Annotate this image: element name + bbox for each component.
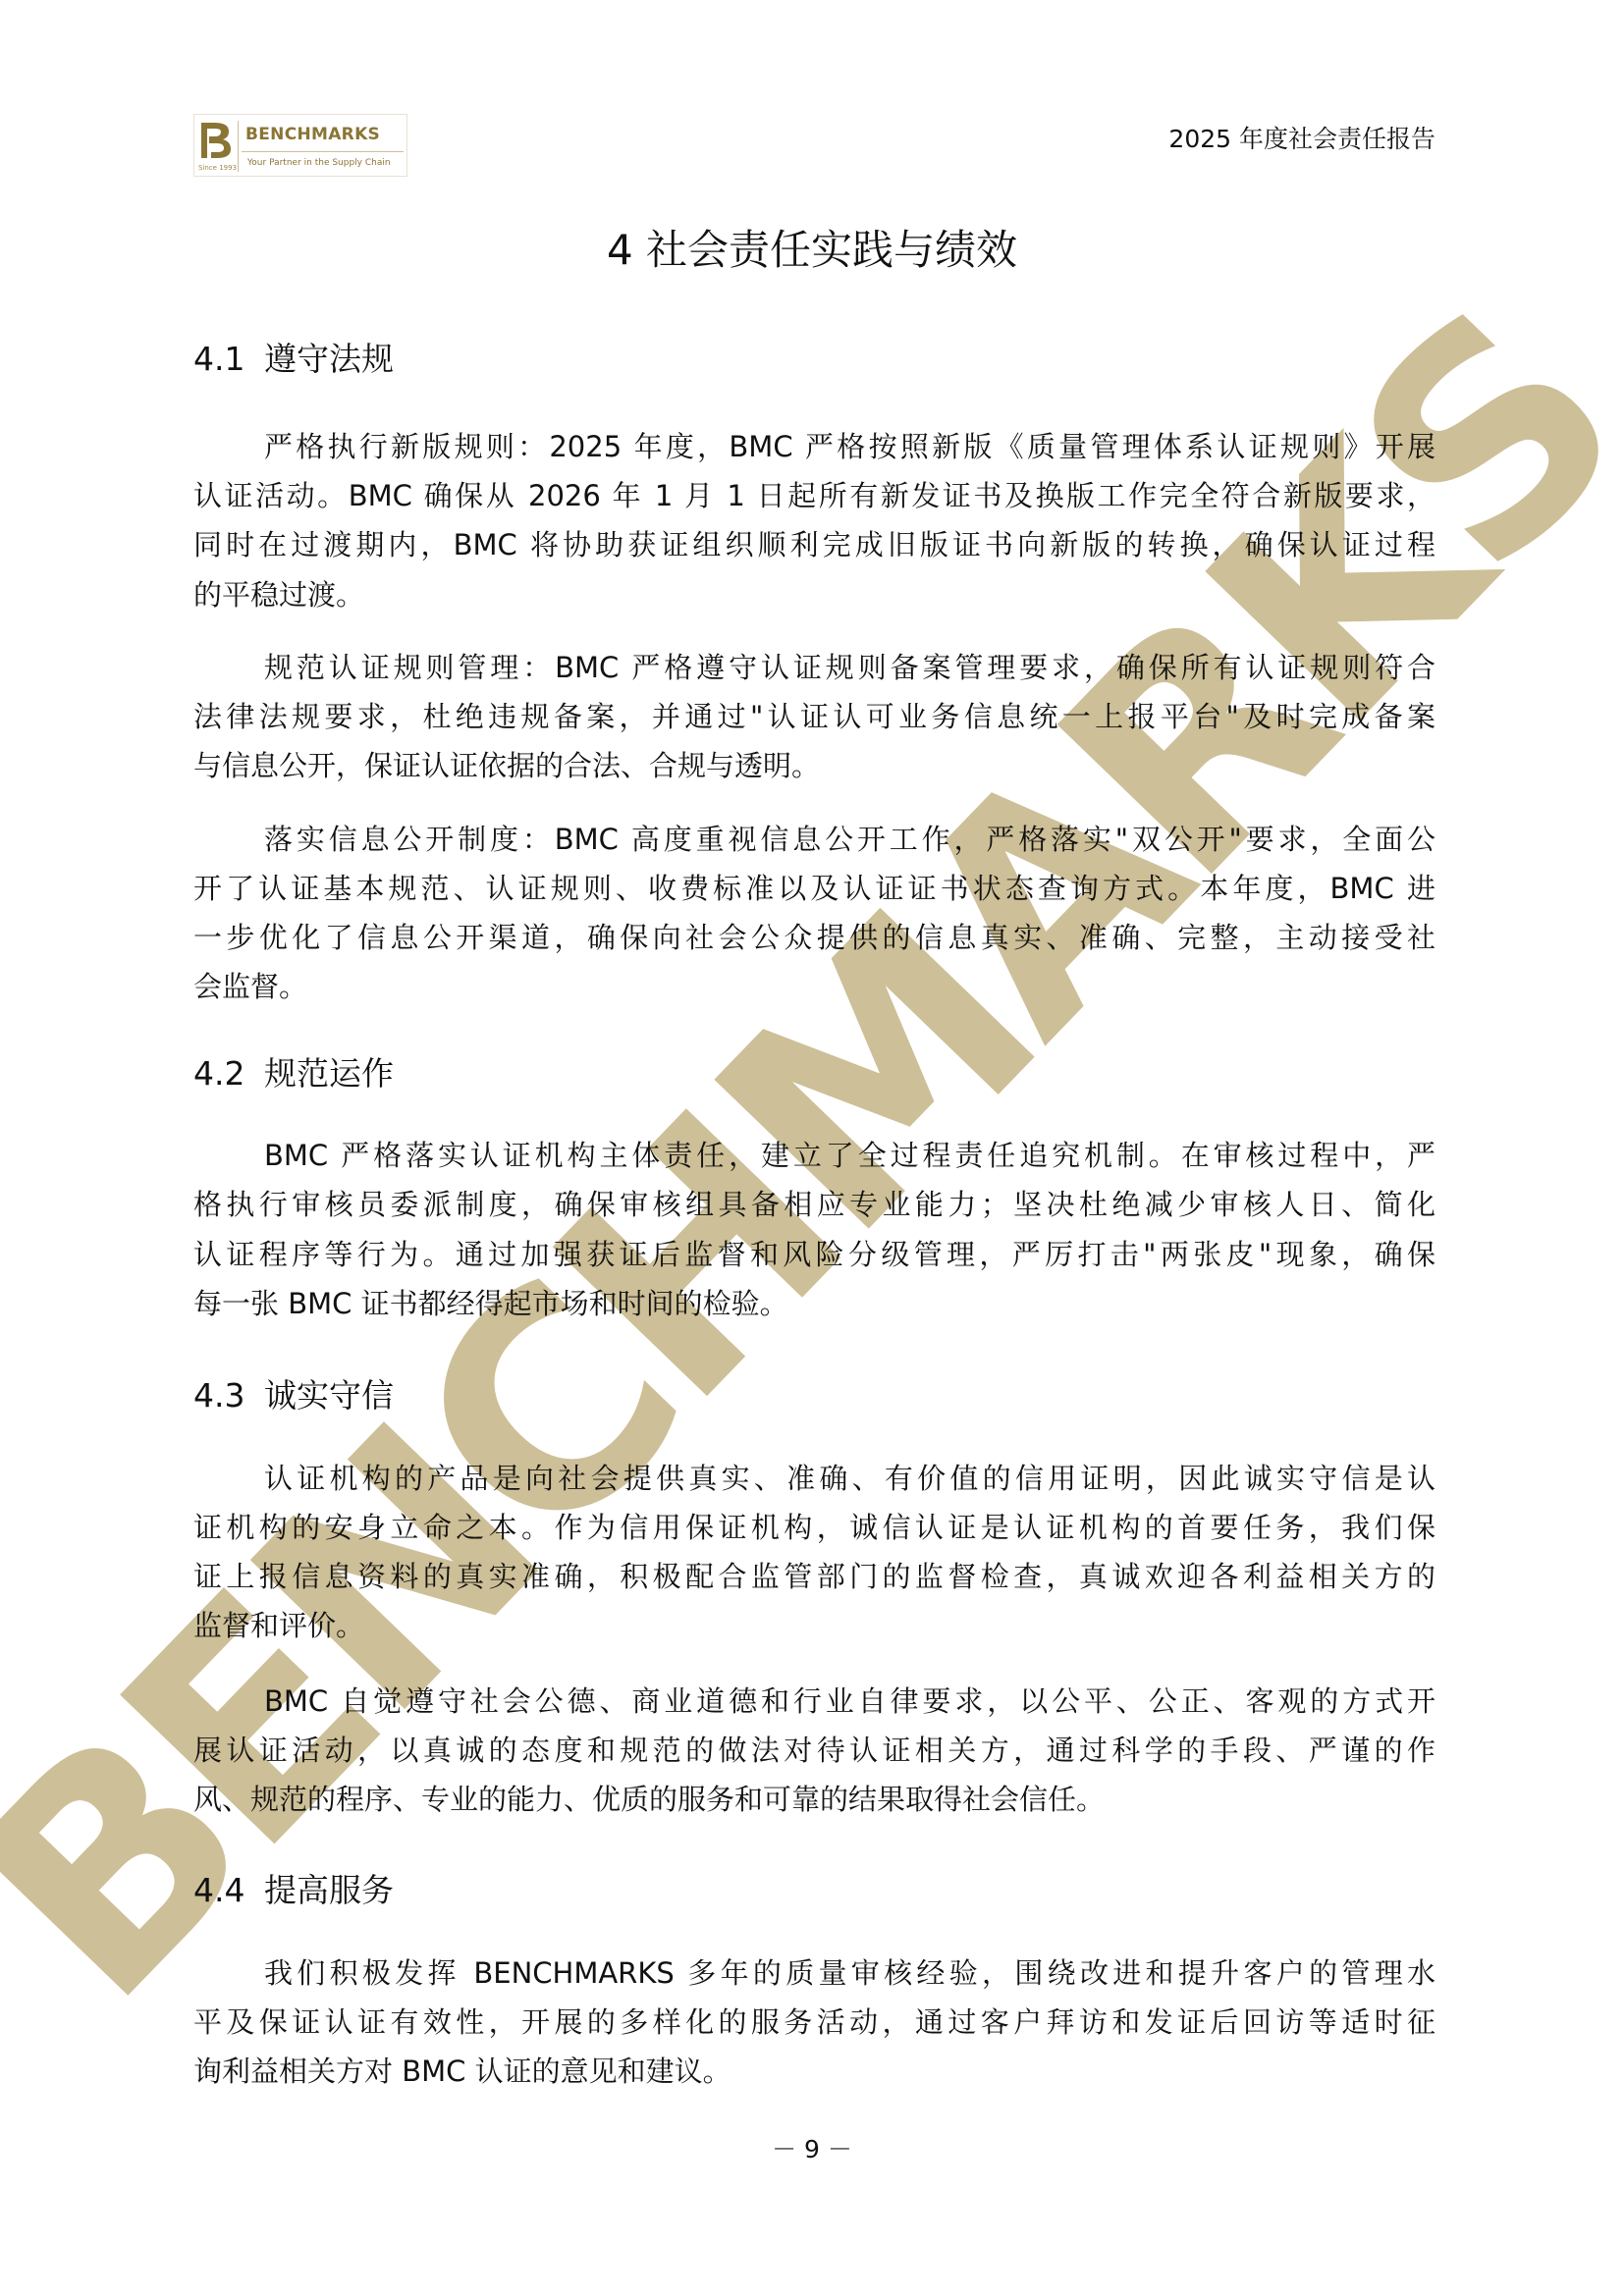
paragraph-line: 格执行审核员委派制度，确保审核组具备相应专业能力；坚决杜绝减少审核人日、简化 — [193, 1187, 1435, 1222]
section-number: 4.3 — [193, 1376, 264, 1415]
section-number: 4.2 — [193, 1054, 264, 1093]
section-number: 4.1 — [193, 340, 264, 378]
paragraph-line: 认证活动。BMC 确保从 2026 年 1 月 1 日起所有新发证书及换版工作完… — [193, 478, 1435, 513]
section-heading-4-1: 4.1遵守法规 — [193, 334, 394, 380]
chapter-title: 4 社会责任实践与绩效 — [0, 218, 1624, 277]
paragraph-line: 会监督。 — [193, 969, 1435, 1004]
section-heading-4-4: 4.4提高服务 — [193, 1865, 394, 1911]
paragraph-line: 严格执行新版规则：2025 年度，BMC 严格按照新版《质量管理体系认证规则》开… — [264, 429, 1435, 464]
logo-divider-horizontal — [242, 151, 404, 152]
paragraph-line: 与信息公开，保证认证依据的合法、合规与透明。 — [193, 748, 1435, 783]
paragraph-line: 落实信息公开制度：BMC 高度重视信息公开工作，严格落实"双公开"要求，全面公 — [264, 822, 1435, 857]
section-title: 诚实守信 — [264, 1376, 394, 1415]
section-title: 遵守法规 — [264, 340, 394, 378]
paragraph-line: 展认证活动，以真诚的态度和规范的做法对待认证相关方，通过科学的手段、严谨的作 — [193, 1733, 1435, 1768]
paragraph-line: BMC 自觉遵守社会公德、商业道德和行业自律要求，以公平、公正、客观的方式开 — [264, 1683, 1435, 1719]
paragraph-line: 我们积极发挥 BENCHMARKS 多年的质量审核经验，围绕改进和提升客户的管理… — [264, 1955, 1435, 1991]
section-heading-4-3: 4.3诚实守信 — [193, 1370, 394, 1416]
brand-tagline: Your Partner in the Supply Chain — [247, 158, 391, 168]
paragraph-line: 平及保证认证有效性，开展的多样化的服务活动，通过客户拜访和发证后回访等适时征 — [193, 2004, 1435, 2040]
section-title: 规范运作 — [264, 1054, 394, 1093]
benchmarks-b-logo-icon — [199, 121, 233, 160]
paragraph-line: BMC 严格落实认证机构主体责任，建立了全过程责任追究机制。在审核过程中，严 — [264, 1138, 1435, 1173]
paragraph-line: 法律法规要求，杜绝违规备案，并通过"认证认可业务信息统一上报平台"及时完成备案 — [193, 699, 1435, 734]
paragraph-line: 每一张 BMC 证书都经得起市场和时间的检验。 — [193, 1286, 1435, 1321]
paragraph-line: 规范认证规则管理：BMC 严格遵守认证规则备案管理要求，确保所有认证规则符合 — [264, 650, 1435, 685]
benchmarks-logo: Since 1993 BENCHMARKS Your Partner in th… — [193, 114, 407, 177]
paragraph-line: 证机构的安身立命之本。作为信用保证机构，诚信认证是认证机构的首要任务，我们保 — [193, 1510, 1435, 1545]
paragraph-line: 认证程序等行为。通过加强获证后监督和风险分级管理，严厉打击"两张皮"现象，确保 — [193, 1237, 1435, 1272]
paragraph-line: 询利益相关方对 BMC 认证的意见和建议。 — [193, 2054, 1435, 2089]
page-number: － 9 － — [0, 2130, 1624, 2165]
paragraph-line: 一步优化了信息公开渠道，确保向社会公众提供的信息真实、准确、完整，主动接受社 — [193, 920, 1435, 955]
paragraph-line: 风、规范的程序、专业的能力、优质的服务和可靠的结果取得社会信任。 — [193, 1782, 1435, 1817]
since-label: Since 1993 — [198, 164, 237, 172]
logo-divider-vertical — [238, 121, 239, 172]
report-title: 2025 年度社会责任报告 — [1168, 120, 1435, 155]
section-heading-4-2: 4.2规范运作 — [193, 1048, 394, 1095]
page: Since 1993 BENCHMARKS Your Partner in th… — [0, 0, 1624, 2296]
paragraph-line: 的平稳过渡。 — [193, 577, 1435, 613]
paragraph-line: 监督和评价。 — [193, 1608, 1435, 1643]
paragraph-line: 开了认证基本规范、认证规则、收费标准以及认证证书状态查询方式。本年度，BMC 进 — [193, 871, 1435, 906]
paragraph-line: 证上报信息资料的真实准确，积极配合监管部门的监督检查，真诚欢迎各利益相关方的 — [193, 1559, 1435, 1594]
section-title: 提高服务 — [264, 1871, 394, 1909]
brand-name: BENCHMARKS — [245, 125, 380, 144]
section-number: 4.4 — [193, 1871, 264, 1909]
paragraph-line: 同时在过渡期内，BMC 将协助获证组织顺利完成旧版证书向新版的转换，确保认证过程 — [193, 527, 1435, 562]
paragraph-line: 认证机构的产品是向社会提供真实、准确、有价值的信用证明，因此诚实守信是认 — [264, 1461, 1435, 1496]
